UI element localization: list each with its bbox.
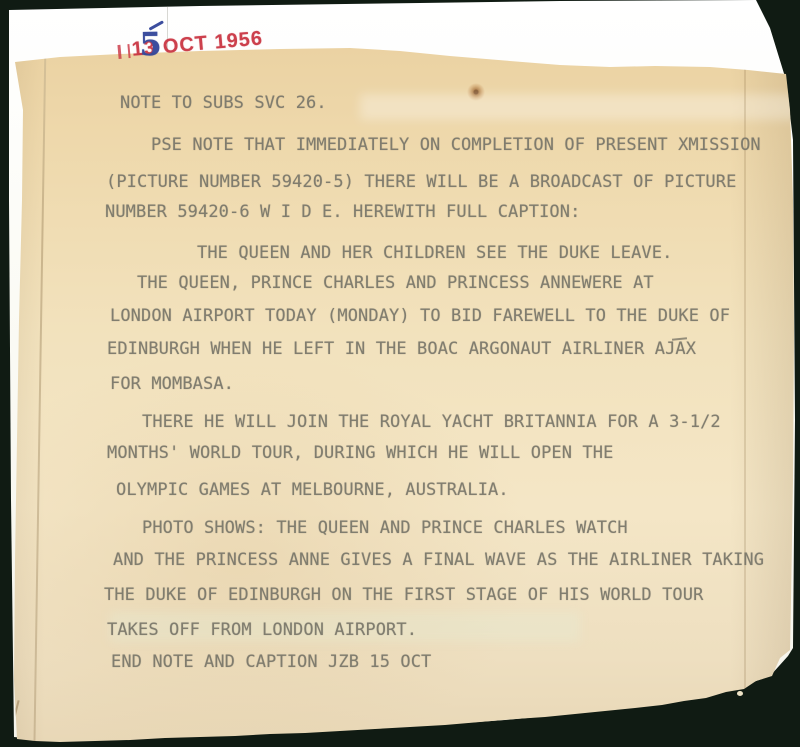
- typed-line: THERE HE WILL JOIN THE ROYAL YACHT BRITA…: [142, 414, 721, 431]
- typed-line: PHOTO SHOWS: THE QUEEN AND PRINCE CHARLE…: [142, 520, 628, 537]
- typed-line: MONTHS' WORLD TOUR, DURING WHICH HE WILL…: [107, 445, 613, 462]
- typed-line: FOR MOMBASA.: [110, 376, 234, 393]
- typed-line: PSE NOTE THAT IMMEDIATELY ON COMPLETION …: [151, 137, 761, 154]
- typed-line: END NOTE AND CAPTION JZB 15 OCT: [111, 654, 431, 671]
- paper-speck: [737, 691, 743, 696]
- typed-line: THE DUKE OF EDINBURGH ON THE FIRST STAGE…: [104, 587, 703, 604]
- typed-line: LONDON AIRPORT TODAY (MONDAY) TO BID FAR…: [110, 308, 730, 325]
- typed-line: OLYMPIC GAMES AT MELBOURNE, AUSTRALIA.: [116, 482, 509, 499]
- typed-line: (PICTURE NUMBER 59420-5) THERE WILL BE A…: [106, 174, 736, 191]
- typed-line: THE QUEEN AND HER CHILDREN SEE THE DUKE …: [197, 245, 672, 262]
- typed-line: NUMBER 59420-6 W I D E. HEREWITH FULL CA…: [105, 204, 580, 221]
- typewritten-text-block: NOTE TO SUBS SVC 26. PSE NOTE THAT IMMED…: [0, 0, 800, 747]
- typed-line: THE QUEEN, PRINCE CHARLES AND PRINCESS A…: [137, 275, 654, 292]
- typed-line: EDINBURGH WHEN HE LEFT IN THE BOAC ARGON…: [107, 341, 696, 358]
- scanned-press-note: 13OCT 1956 5 NOTE TO SUBS SVC 26. PSE NO…: [0, 0, 800, 747]
- typed-line: NOTE TO SUBS SVC 26.: [120, 95, 327, 112]
- typed-line: TAKES OFF FROM LONDON AIRPORT.: [107, 622, 417, 639]
- typed-line: AND THE PRINCESS ANNE GIVES A FINAL WAVE…: [113, 552, 764, 569]
